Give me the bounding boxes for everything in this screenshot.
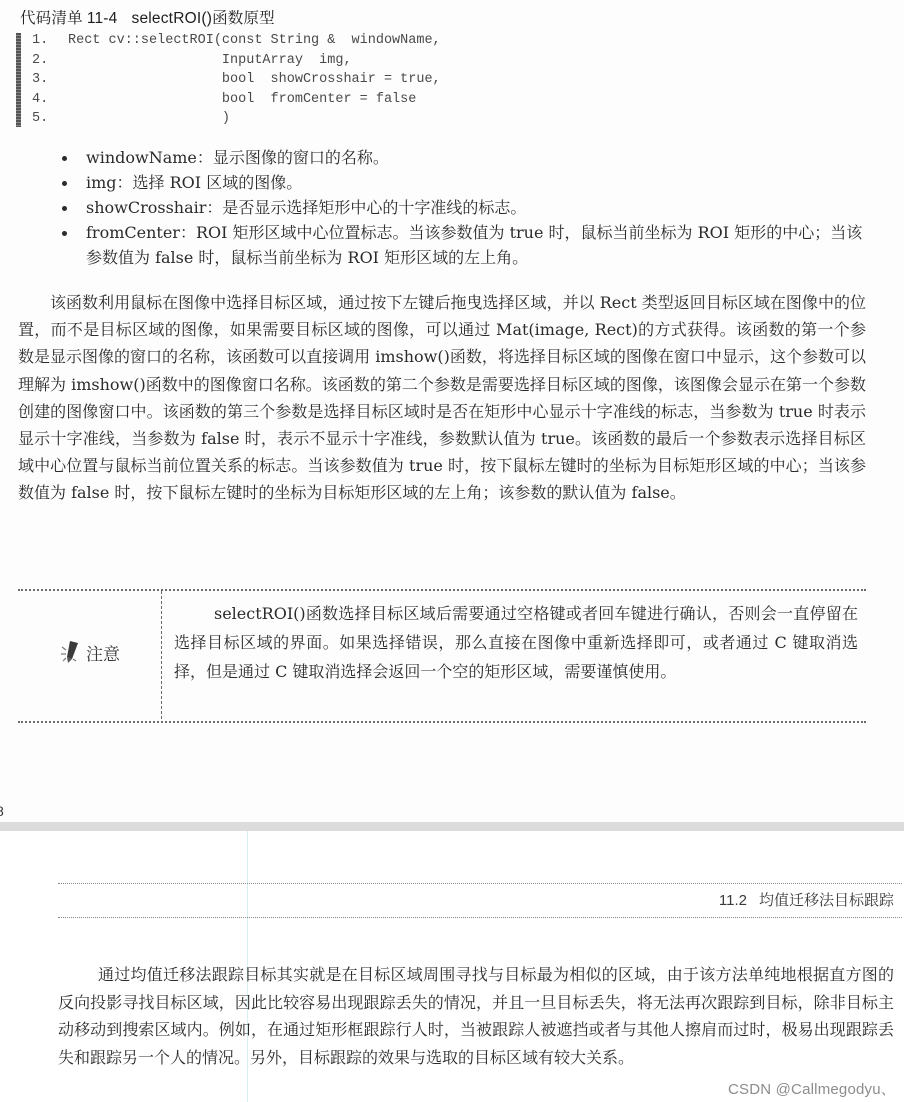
param-desc: ：选择 ROI 区域的图像。: [117, 173, 303, 192]
param-name: showCrosshair: [86, 198, 206, 217]
running-header: 11.2均值迁移法目标跟踪: [719, 889, 894, 910]
body-paragraph: 通过均值迁移法跟踪目标其实就是在目标区域周围寻找与目标最为相似的区域，由于该方法…: [58, 961, 894, 1071]
page-separator: [0, 822, 904, 831]
code-text: bool fromCenter = false: [68, 92, 416, 107]
book-page-bottom: 11.2均值迁移法目标跟踪 通过均值迁移法跟踪目标其实就是在目标区域周围寻找与目…: [0, 831, 904, 1102]
bullet-icon: [62, 181, 67, 186]
line-number: 4.: [32, 90, 68, 110]
page-number-fragment: 8: [0, 803, 4, 819]
bullet-icon: [62, 231, 67, 236]
note-box: 注意 selectROI()函数选择目标区域后需要通过空格键或者回车键进行确认，…: [18, 589, 866, 723]
watermark: CSDN @Callmegodyu、: [728, 1078, 896, 1099]
parameter-list: windowName：显示图像的窗口的名称。 img：选择 ROI 区域的图像。…: [62, 145, 872, 270]
code-text: bool showCrosshair = true,: [68, 72, 441, 87]
body-paragraph: 该函数利用鼠标在图像中选择目标区域，通过按下左键后拖曳选择区域，并以 Rect …: [18, 289, 866, 507]
code-text: ): [68, 111, 230, 126]
parameter-item: fromCenter：ROI 矩形区域中心位置标志。当该参数值为 true 时，…: [62, 220, 872, 270]
bullet-icon: [62, 206, 67, 211]
code-text: Rect cv::selectROI(const String & window…: [68, 33, 441, 48]
note-divider: [161, 591, 162, 719]
section-title: 均值迁移法目标跟踪: [759, 892, 894, 909]
code-listing-title: 代码清单11-4selectROI()函数原型: [20, 6, 275, 28]
code-line: 1.Rect cv::selectROI(const String & wind…: [32, 31, 441, 51]
code-block: 1.Rect cv::selectROI(const String & wind…: [16, 31, 616, 129]
note-label: 注意: [58, 637, 120, 667]
code-line: 5. ): [32, 109, 230, 129]
param-name: windowName: [86, 148, 197, 167]
code-text: InputArray img,: [68, 53, 352, 68]
line-number: 1.: [32, 31, 68, 51]
line-number: 2.: [32, 51, 68, 71]
listing-number: 11-4: [87, 10, 118, 27]
listing-caption: selectROI()函数原型: [132, 10, 275, 27]
pen-note-icon: [58, 637, 84, 667]
param-desc: ：ROI 矩形区域中心位置标志。当该参数值为 true 时，鼠标当前坐标为 RO…: [86, 223, 862, 267]
line-number: 5.: [32, 109, 68, 129]
parameter-item: showCrosshair：是否显示选择矩形中心的十字准线的标志。: [62, 195, 872, 220]
parameter-item: img：选择 ROI 区域的图像。: [62, 170, 872, 195]
code-block-bar: [16, 33, 21, 127]
header-rule-top: [58, 883, 902, 884]
param-name: img: [86, 173, 117, 192]
param-name: fromCenter: [86, 223, 180, 242]
line-number: 3.: [32, 70, 68, 90]
bullet-icon: [62, 156, 67, 161]
note-label-text: 注意: [86, 640, 120, 665]
listing-label: 代码清单: [20, 10, 83, 27]
note-text: selectROI()函数选择目标区域后需要通过空格键或者回车键进行确认，否则会…: [174, 599, 858, 686]
section-number: 11.2: [719, 892, 747, 909]
book-page-top: 代码清单11-4selectROI()函数原型 1.Rect cv::selec…: [0, 0, 904, 822]
header-rule-bottom: [58, 917, 902, 918]
parameter-item: windowName：显示图像的窗口的名称。: [62, 145, 872, 170]
param-desc: ：显示图像的窗口的名称。: [197, 148, 389, 167]
code-line: 3. bool showCrosshair = true,: [32, 70, 441, 90]
code-line: 4. bool fromCenter = false: [32, 90, 416, 110]
param-desc: ：是否显示选择矩形中心的十字准线的标志。: [206, 198, 526, 217]
code-line: 2. InputArray img,: [32, 51, 352, 71]
